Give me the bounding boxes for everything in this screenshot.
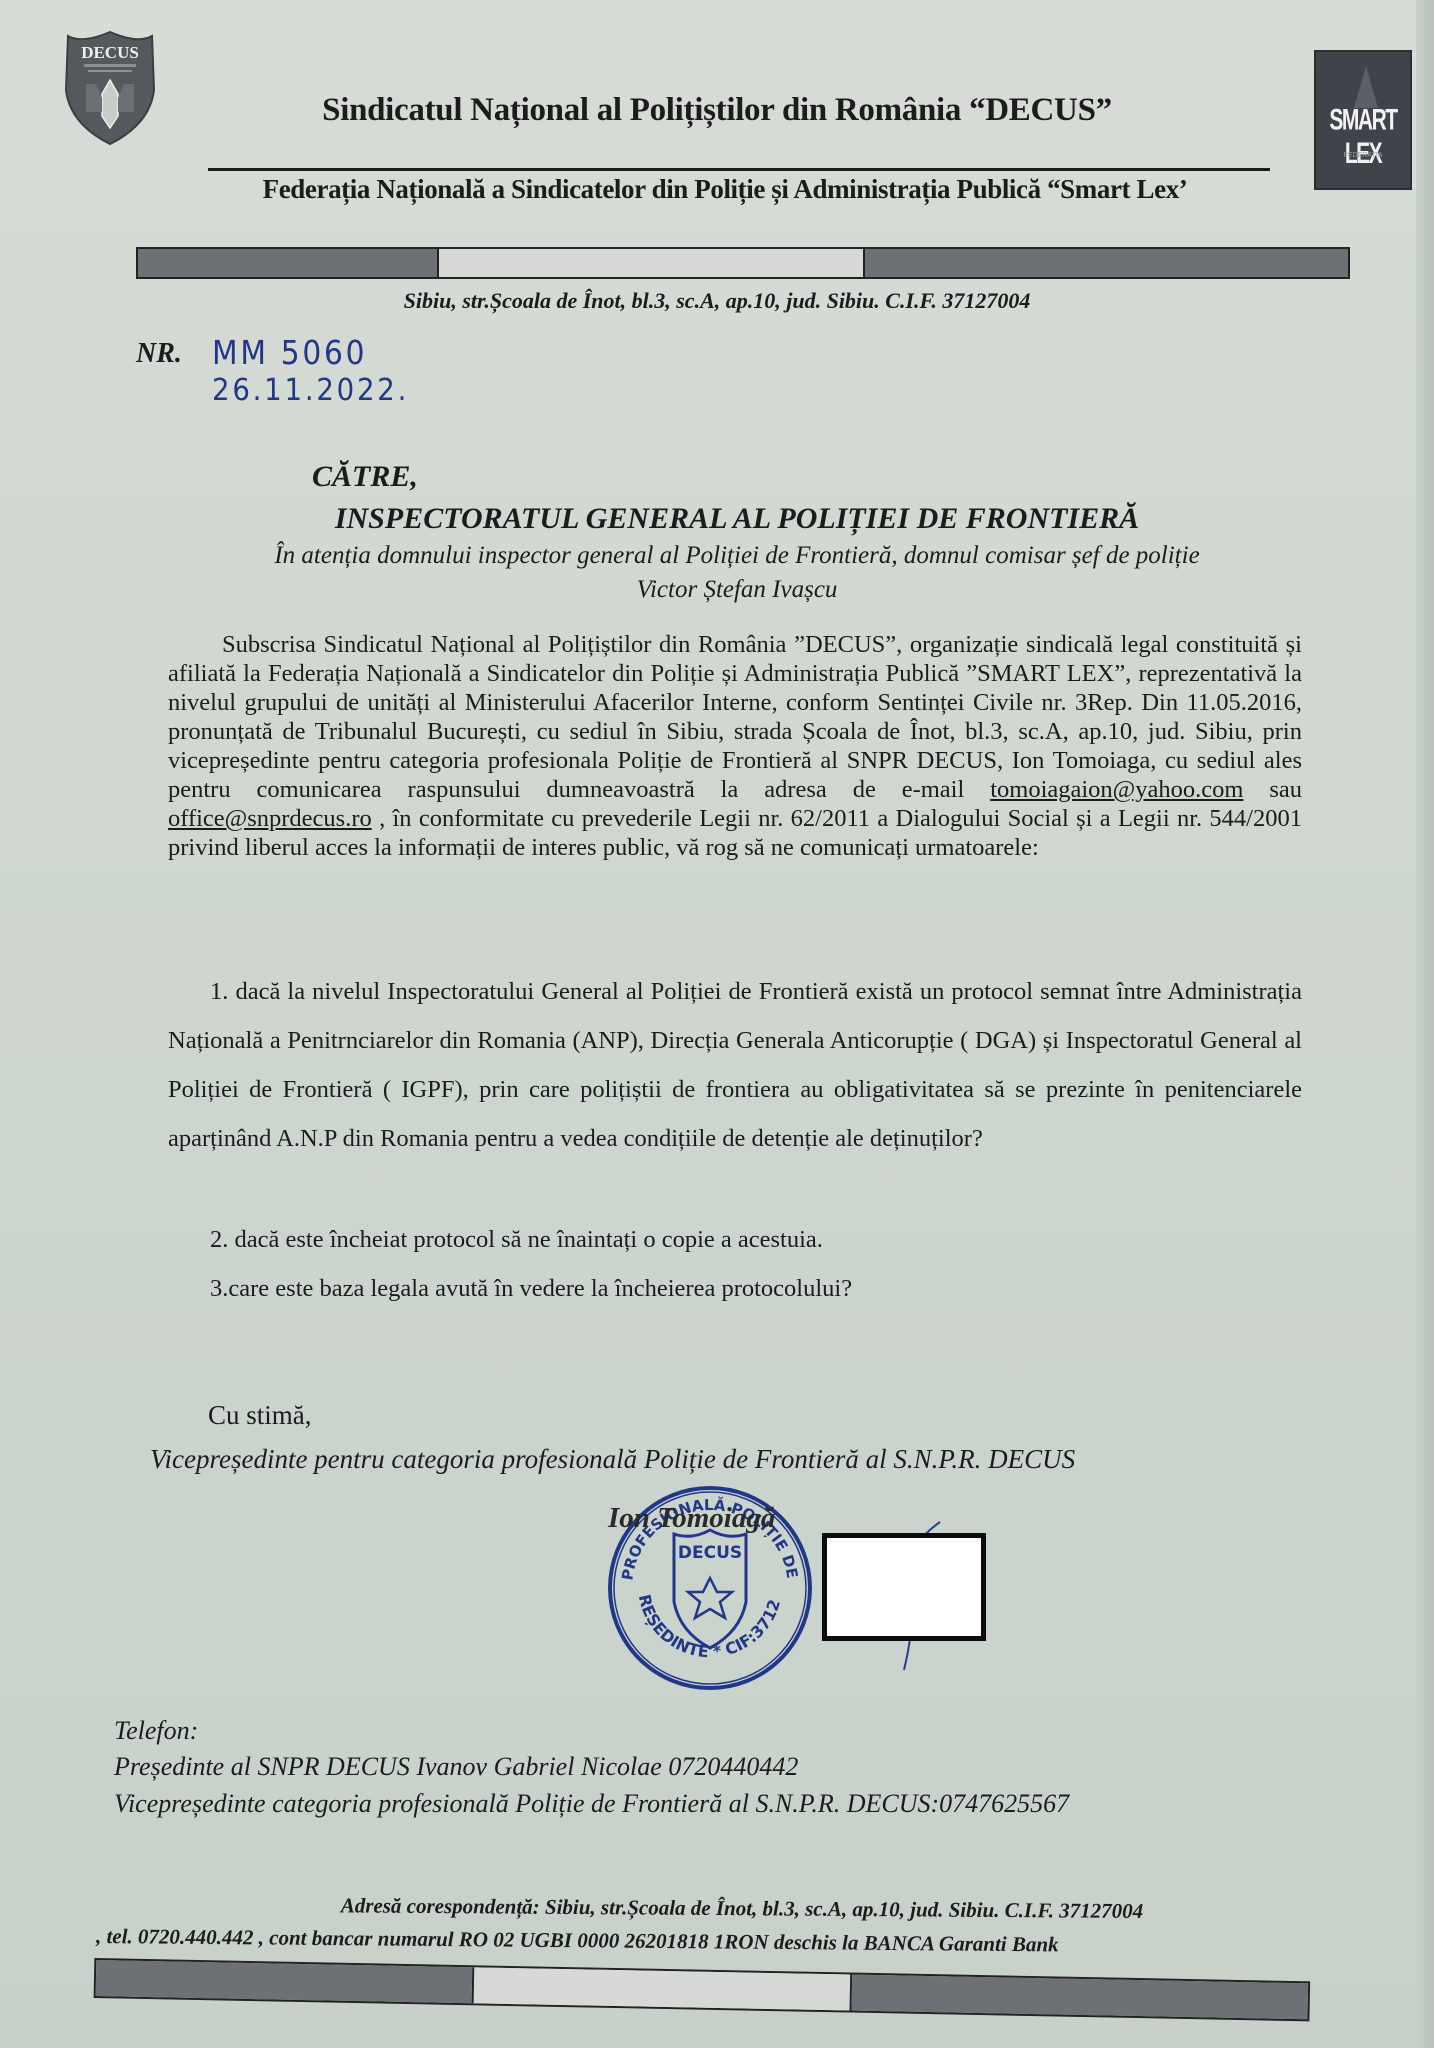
- recipient-institution: INSPECTORATUL GENERAL AL POLIȚIEI DE FRO…: [0, 502, 1434, 536]
- svg-text:DECUS: DECUS: [81, 43, 139, 62]
- header-address: Sibiu, str.Școala de Înot, bl.3, sc.A, a…: [0, 288, 1434, 314]
- salutation: CĂTRE,: [312, 460, 418, 494]
- signatory-name: Ion Tomoiagă: [608, 1502, 775, 1535]
- request-item-1: 1. dacă la nivelul Inspectoratului Gener…: [168, 967, 1302, 1163]
- footer-bank-details: , tel. 0720.440.442 , cont bancar numaru…: [96, 1924, 1059, 1957]
- svg-text:DECUS: DECUS: [678, 1543, 742, 1563]
- header-color-bar: [136, 247, 1350, 279]
- registration-date: 26.11.2022.: [212, 373, 409, 408]
- request-item-2: 2. dacă este încheiat protocol să ne îna…: [210, 1226, 1344, 1254]
- request-item-3: 3.care este baza legala avută în vedere …: [210, 1275, 1344, 1303]
- registration-number: MM 5060: [212, 333, 367, 372]
- contact-president: Președinte al SNPR DECUS Ivanov Gabriel …: [114, 1752, 798, 1782]
- organization-title: Sindicatul Național al Polițiștilor din …: [0, 92, 1434, 129]
- signatory-title: Vicepreședinte pentru categoria profesio…: [150, 1444, 1075, 1475]
- redacted-signature-box: [822, 1533, 986, 1641]
- federation-title: Federația Națională a Sindicatelor din P…: [150, 174, 1300, 205]
- attention-line: În atenția domnului inspector general al…: [0, 542, 1434, 570]
- contact-vicepresident: Vicepreședinte categoria profesională Po…: [114, 1789, 1069, 1819]
- header-divider: [208, 168, 1270, 171]
- attention-name: Victor Ștefan Ivașcu: [0, 576, 1434, 604]
- email-link-office[interactable]: office@snprdecus.ro: [168, 805, 372, 832]
- footer-address: Adresă corespondență: Sibiu, str.Școala …: [0, 1891, 1434, 1926]
- closing-greeting: Cu stimă,: [208, 1400, 312, 1431]
- body-paragraph: Subscrisa Sindicatul Național al Polițiș…: [168, 630, 1302, 862]
- registration-label: NR.: [136, 338, 182, 370]
- footer-color-bar: [94, 1958, 1311, 2021]
- contacts-heading: Telefon:: [114, 1716, 198, 1746]
- email-link-primary[interactable]: tomoiagaion@yahoo.com: [990, 776, 1243, 803]
